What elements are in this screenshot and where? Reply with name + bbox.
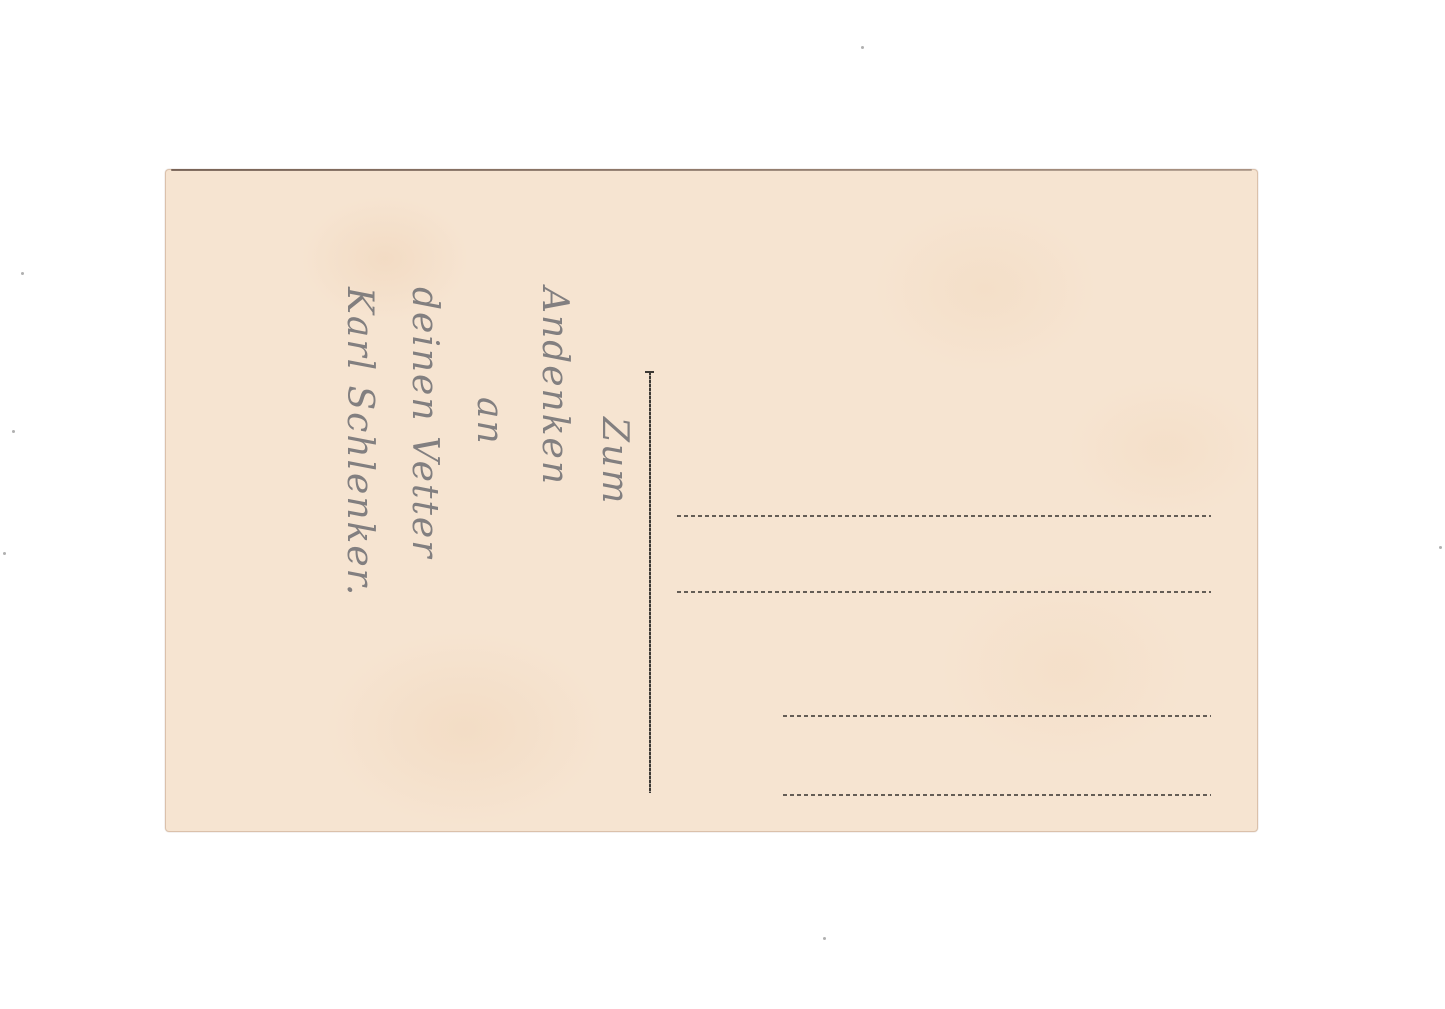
scan-speck [861, 46, 864, 49]
message-line-4: deinen Vetter [404, 287, 445, 559]
address-line-4 [783, 794, 1211, 796]
scan-speck [3, 552, 6, 555]
message-line-1: Zum [594, 417, 635, 505]
message-line-5: Karl Schlenker. [339, 287, 380, 597]
vertical-divider [649, 372, 651, 793]
address-line-1 [677, 515, 1211, 517]
handwritten-message: Zum Andenken an deinen Vetter Karl Schle… [285, 277, 705, 797]
postcard-back: Zum Andenken an deinen Vetter Karl Schle… [165, 169, 1258, 832]
message-line-2: Andenken [534, 287, 575, 486]
address-line-2 [677, 591, 1211, 593]
scan-speck [12, 430, 15, 433]
card-edge [171, 169, 1252, 171]
message-line-3: an [469, 397, 510, 446]
scan-speck [21, 272, 24, 275]
address-line-3 [783, 715, 1211, 717]
scan-speck [823, 937, 826, 940]
scan-speck [1439, 546, 1442, 549]
